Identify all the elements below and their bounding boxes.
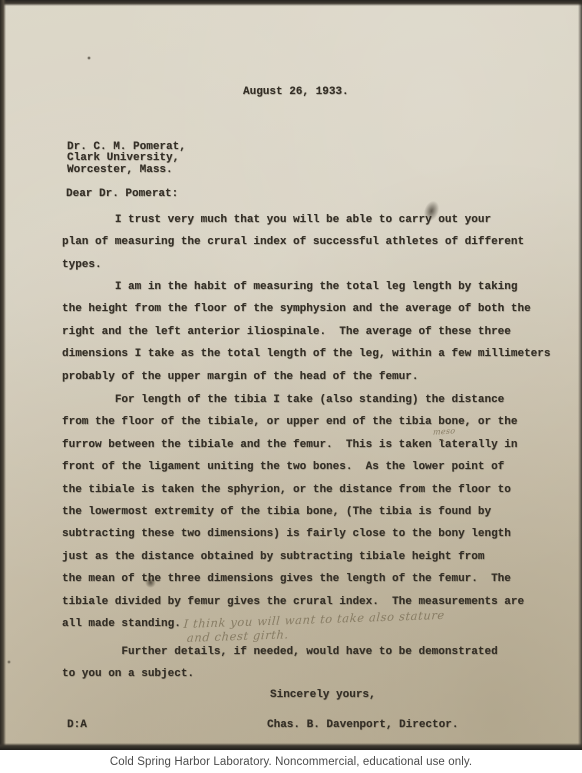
paragraph-4: Further details, if needed, would have t… <box>62 641 572 686</box>
scan-edge-left <box>0 0 6 750</box>
recipient-address: Dr. C. M. Pomerat, Clark University, Wor… <box>67 142 186 176</box>
insertion-caret-mark: ^ <box>438 439 446 449</box>
scan-edge-top <box>0 0 582 6</box>
paragraph-2: I am in the habit of measuring the total… <box>62 276 572 388</box>
scan-edge-right <box>578 0 582 750</box>
letter-date: August 26, 1933. <box>243 86 349 98</box>
ink-spot <box>145 577 156 588</box>
typist-initials: D:A <box>67 719 87 731</box>
closing-salutation: Sincerely yours, <box>270 689 376 701</box>
handwritten-insertion-meso: meso <box>433 426 456 437</box>
footer-caption: Cold Spring Harbor Laboratory. Noncommer… <box>110 756 472 768</box>
scan-edge-bottom <box>0 743 582 750</box>
letter-scan-paper: August 26, 1933. Dr. C. M. Pomerat, Clar… <box>0 0 582 750</box>
scanned-letter-page: August 26, 1933. Dr. C. M. Pomerat, Clar… <box>0 0 582 773</box>
paper-speck <box>87 56 91 60</box>
signature-line: Chas. B. Davenport, Director. <box>267 719 458 731</box>
paragraph-3: For length of the tibia I take (also sta… <box>62 389 572 635</box>
footer-caption-bar: Cold Spring Harbor Laboratory. Noncommer… <box>0 750 582 773</box>
paper-speck <box>7 660 11 664</box>
paragraph-1: I trust very much that you will be able … <box>62 209 572 276</box>
salutation: Dear Dr. Pomerat: <box>66 188 178 200</box>
